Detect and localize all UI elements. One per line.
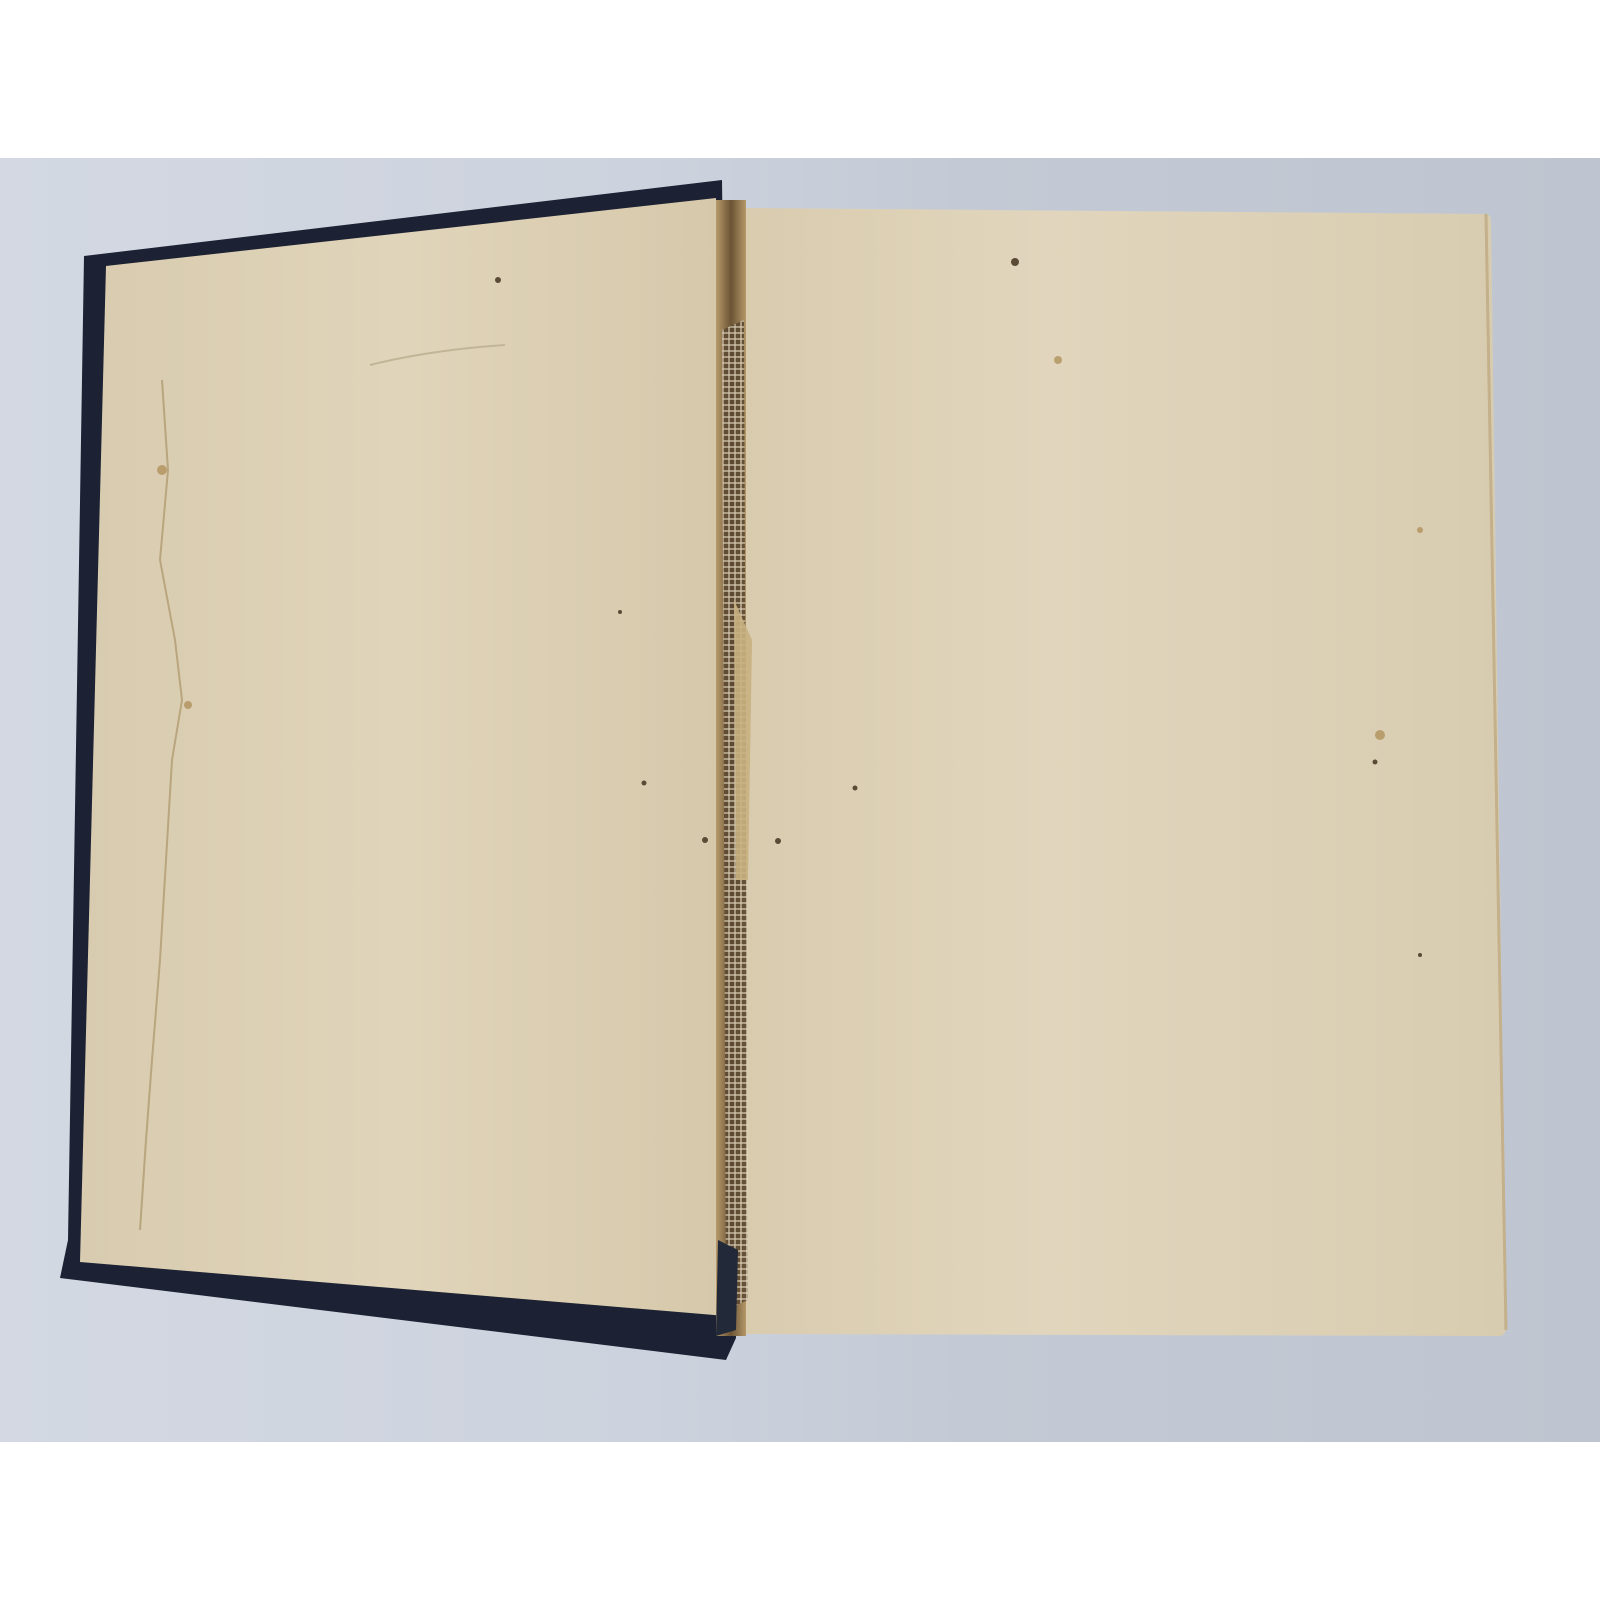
open-book-illustration [0, 158, 1600, 1442]
front-cover-board [60, 180, 736, 1360]
book-photo [0, 158, 1600, 1442]
right-page [740, 208, 1506, 1336]
endpaper [80, 198, 726, 1316]
